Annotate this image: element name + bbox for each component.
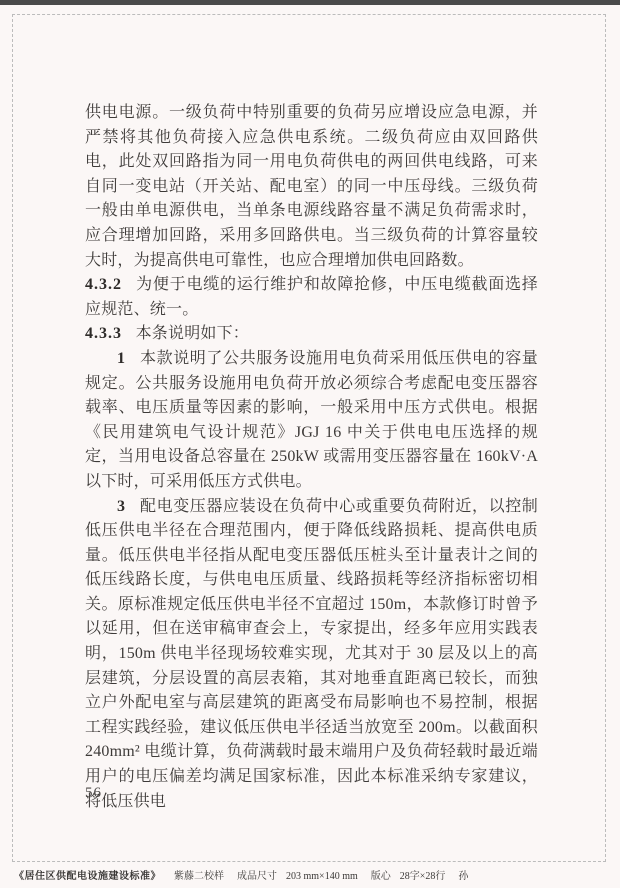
paragraph-continuation-text: 供电电源。一级负荷中特别重要的负荷另应增设应急电源，并严禁将其他负荷接入应急供电… — [85, 104, 538, 269]
footer-proofreader-mark: 孙 — [458, 867, 468, 882]
document-page: 供电电源。一级负荷中特别重要的负荷另应增设应急电源，并严禁将其他负荷接入应急供电… — [0, 0, 620, 888]
clause-number: 4.3.2 — [85, 276, 122, 293]
footer-book-title: 《居住区供配电设施建设标准》 — [14, 867, 161, 882]
page-body: 供电电源。一级负荷中特别重要的负荷另应增设应急电源，并严禁将其他负荷接入应急供电… — [85, 101, 538, 814]
clause-4-3-2: 4.3.2为便于电缆的运行维护和故障抢修，中压电缆截面选择应规范、统一。 — [85, 273, 538, 322]
clause-4-3-3: 4.3.3本条说明如下： — [85, 322, 538, 347]
numbered-item-3: 3配电变压器应装设在负荷中心或重要负荷附近，以控制低压供电半径在合理范围内，便于… — [85, 495, 538, 815]
clause-number: 4.3.3 — [85, 325, 122, 342]
item-number: 1 — [117, 350, 126, 367]
scan-edge-bar — [0, 0, 620, 5]
footer-proof-label: 紫藤二校样 — [174, 867, 224, 882]
clause-text: 本条说明如下： — [136, 325, 249, 342]
footer-size-value: 203 mm×140 mm — [286, 871, 358, 882]
numbered-item-1: 1本款说明了公共服务设施用电负荷采用低压供电的容量规定。公共服务设施用电负荷开放… — [85, 347, 538, 495]
footer-layout-label: 版心 — [371, 867, 391, 882]
clause-text: 为便于电缆的运行维护和故障抢修，中压电缆截面选择应规范、统一。 — [85, 276, 538, 318]
paragraph-continuation: 供电电源。一级负荷中特别重要的负荷另应增设应急电源，并严禁将其他负荷接入应急供电… — [85, 101, 538, 273]
footer-size-label: 成品尺寸 — [237, 867, 277, 882]
footer-layout-value: 28字×28行 — [400, 867, 446, 882]
page-number: 56 — [85, 785, 102, 802]
proof-footer: 《居住区供配电设施建设标准》 紫藤二校样 成品尺寸 203 mm×140 mm … — [14, 867, 606, 882]
item-number: 3 — [117, 498, 126, 515]
item-text: 配电变压器应装设在负荷中心或重要负荷附近，以控制低压供电半径在合理范围内，便于降… — [85, 498, 538, 810]
item-text: 本款说明了公共服务设施用电负荷采用低压供电的容量规定。公共服务设施用电负荷开放必… — [85, 350, 538, 490]
